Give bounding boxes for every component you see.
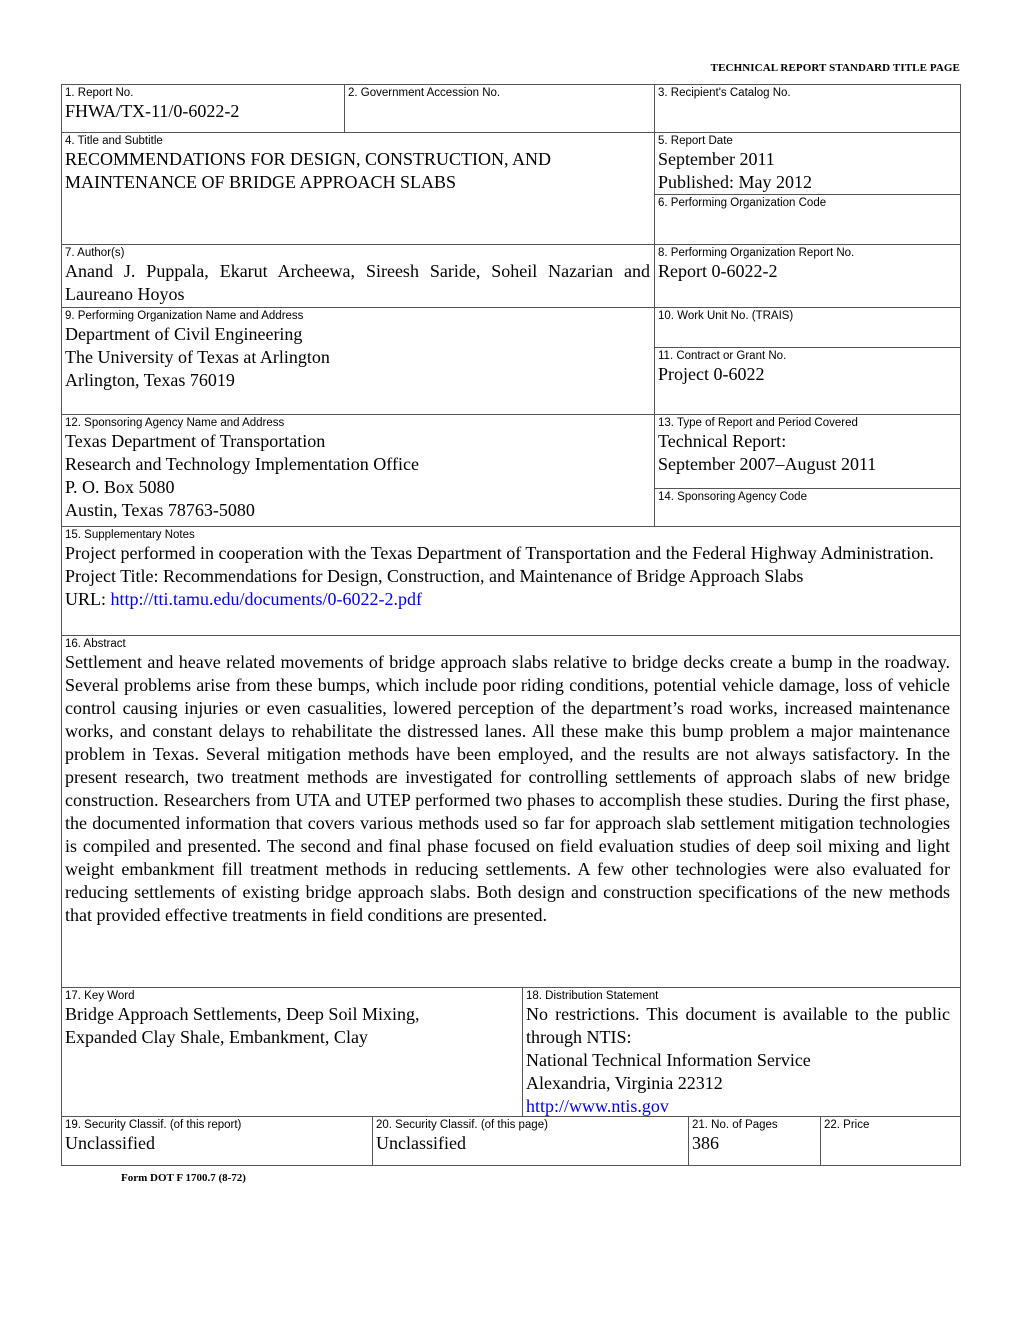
perf-org-report-no-value: Report 0-6022-2	[655, 260, 960, 283]
field-security-page: 20. Security Classif. (of this page) Unc…	[373, 1117, 689, 1165]
key-words-line: Bridge Approach Settlements, Deep Soil M…	[62, 1003, 522, 1026]
field-label: 21. No. of Pages	[689, 1117, 820, 1132]
field-supp-notes: 15. Supplementary Notes Project performe…	[62, 527, 960, 635]
field-report-date: 5. Report Date September 2011 Published:…	[655, 133, 960, 194]
report-url-link[interactable]: http://tti.tamu.edu/documents/0-6022-2.p…	[111, 589, 422, 609]
page-header: TECHNICAL REPORT STANDARD TITLE PAGE	[711, 62, 960, 74]
field-label: 4. Title and Subtitle	[62, 133, 654, 148]
field-label: 3. Recipient's Catalog No.	[655, 85, 960, 100]
supp-notes-text: Project performed in cooperation with th…	[62, 542, 960, 565]
field-perf-org-report-no: 8. Performing Organization Report No. Re…	[655, 245, 960, 307]
field-sponsor: 12. Sponsoring Agency Name and Address T…	[62, 415, 655, 526]
security-report-value: Unclassified	[62, 1132, 372, 1155]
report-type-line: September 2007–August 2011	[655, 453, 960, 476]
field-label: 12. Sponsoring Agency Name and Address	[62, 415, 654, 430]
field-perf-org-name: 9. Performing Organization Name and Addr…	[62, 308, 655, 414]
sponsor-line: Austin, Texas 78763-5080	[62, 499, 654, 522]
field-label: 8. Performing Organization Report No.	[655, 245, 960, 260]
field-contract-no: 11. Contract or Grant No. Project 0-6022	[655, 347, 960, 414]
row-perf-org: 9. Performing Organization Name and Addr…	[61, 307, 961, 414]
report-date-line: Published: May 2012	[655, 171, 960, 194]
title-page-form: 1. Report No. FHWA/TX-11/0-6022-2 2. Gov…	[61, 84, 961, 1166]
title-line: RECOMMENDATIONS FOR DESIGN, CONSTRUCTION…	[62, 148, 654, 171]
title-line: MAINTENANCE OF BRIDGE APPROACH SLABS	[62, 171, 654, 194]
field-report-type: 13. Type of Report and Period Covered Te…	[655, 415, 960, 488]
row-sponsor: 12. Sponsoring Agency Name and Address T…	[61, 414, 961, 526]
field-label: 2. Government Accession No.	[345, 85, 654, 100]
perf-org-line: Department of Civil Engineering	[62, 323, 654, 346]
report-no-value: FHWA/TX-11/0-6022-2	[62, 100, 344, 123]
perf-org-line: Arlington, Texas 76019	[62, 369, 654, 392]
distribution-line: Alexandria, Virginia 22312	[523, 1072, 960, 1095]
sponsor-line: Texas Department of Transportation	[62, 430, 654, 453]
field-sponsor-code: 14. Sponsoring Agency Code	[655, 488, 960, 526]
field-label: 22. Price	[821, 1117, 960, 1132]
field-label: 9. Performing Organization Name and Addr…	[62, 308, 654, 323]
field-gov-accession: 2. Government Accession No.	[345, 85, 655, 132]
field-label: 10. Work Unit No. (TRAIS)	[655, 308, 960, 323]
form-footer: Form DOT F 1700.7 (8-72)	[121, 1172, 246, 1184]
no-pages-value: 386	[689, 1132, 820, 1155]
perf-org-line: The University of Texas at Arlington	[62, 346, 654, 369]
field-label: 20. Security Classif. (of this page)	[373, 1117, 688, 1132]
field-label: 11. Contract or Grant No.	[655, 348, 960, 363]
field-work-contract-group: 10. Work Unit No. (TRAIS) 11. Contract o…	[655, 308, 960, 414]
field-label: 1. Report No.	[62, 85, 344, 100]
field-work-unit-no: 10. Work Unit No. (TRAIS)	[655, 308, 960, 347]
field-label: 7. Author(s)	[62, 245, 654, 260]
security-page-value: Unclassified	[373, 1132, 688, 1155]
field-report-type-group: 13. Type of Report and Period Covered Te…	[655, 415, 960, 526]
field-label: 15. Supplementary Notes	[62, 527, 960, 542]
ntis-url-link[interactable]: http://www.ntis.gov	[523, 1095, 960, 1118]
field-label: 14. Sponsoring Agency Code	[655, 489, 960, 504]
row-title: 4. Title and Subtitle RECOMMENDATIONS FO…	[61, 132, 961, 244]
supp-notes-project-title: Project Title: Recommendations for Desig…	[62, 565, 960, 588]
row-classification: 19. Security Classif. (of this report) U…	[61, 1116, 961, 1166]
field-abstract: 16. Abstract Settlement and heave relate…	[62, 636, 960, 987]
row-report-numbers: 1. Report No. FHWA/TX-11/0-6022-2 2. Gov…	[61, 84, 961, 132]
distribution-text: No restrictions. This document is availa…	[523, 1003, 960, 1049]
report-date-line: September 2011	[655, 148, 960, 171]
contract-no-value: Project 0-6022	[655, 363, 960, 386]
key-words-line: Expanded Clay Shale, Embankment, Clay	[62, 1026, 522, 1049]
field-label: 5. Report Date	[655, 133, 960, 148]
field-key-words: 17. Key Word Bridge Approach Settlements…	[62, 988, 523, 1116]
field-label: 6. Performing Organization Code	[655, 195, 960, 210]
field-no-pages: 21. No. of Pages 386	[689, 1117, 821, 1165]
field-label: 18. Distribution Statement	[523, 988, 960, 1003]
field-security-report: 19. Security Classif. (of this report) U…	[62, 1117, 373, 1165]
field-report-no: 1. Report No. FHWA/TX-11/0-6022-2	[62, 85, 345, 132]
field-title: 4. Title and Subtitle RECOMMENDATIONS FO…	[62, 133, 655, 244]
report-type-line: Technical Report:	[655, 430, 960, 453]
field-label: 17. Key Word	[62, 988, 522, 1003]
field-label: 16. Abstract	[62, 636, 960, 651]
row-keywords-distribution: 17. Key Word Bridge Approach Settlements…	[61, 987, 961, 1116]
authors-value: Anand J. Puppala, Ekarut Archeewa, Siree…	[62, 260, 654, 306]
row-supp-notes: 15. Supplementary Notes Project performe…	[61, 526, 961, 635]
sponsor-line: P. O. Box 5080	[62, 476, 654, 499]
field-catalog-no: 3. Recipient's Catalog No.	[655, 85, 960, 132]
field-authors: 7. Author(s) Anand J. Puppala, Ekarut Ar…	[62, 245, 655, 307]
abstract-text: Settlement and heave related movements o…	[62, 651, 960, 927]
field-perf-org-code: 6. Performing Organization Code	[655, 194, 960, 244]
field-report-date-group: 5. Report Date September 2011 Published:…	[655, 133, 960, 244]
row-authors: 7. Author(s) Anand J. Puppala, Ekarut Ar…	[61, 244, 961, 307]
field-price: 22. Price	[821, 1117, 960, 1165]
field-label: 19. Security Classif. (of this report)	[62, 1117, 372, 1132]
sponsor-line: Research and Technology Implementation O…	[62, 453, 654, 476]
row-abstract: 16. Abstract Settlement and heave relate…	[61, 635, 961, 987]
distribution-line: National Technical Information Service	[523, 1049, 960, 1072]
field-label: 13. Type of Report and Period Covered	[655, 415, 960, 430]
field-distribution: 18. Distribution Statement No restrictio…	[523, 988, 960, 1116]
url-prefix: URL:	[65, 589, 111, 609]
supp-notes-url-line: URL: http://tti.tamu.edu/documents/0-602…	[62, 588, 960, 611]
